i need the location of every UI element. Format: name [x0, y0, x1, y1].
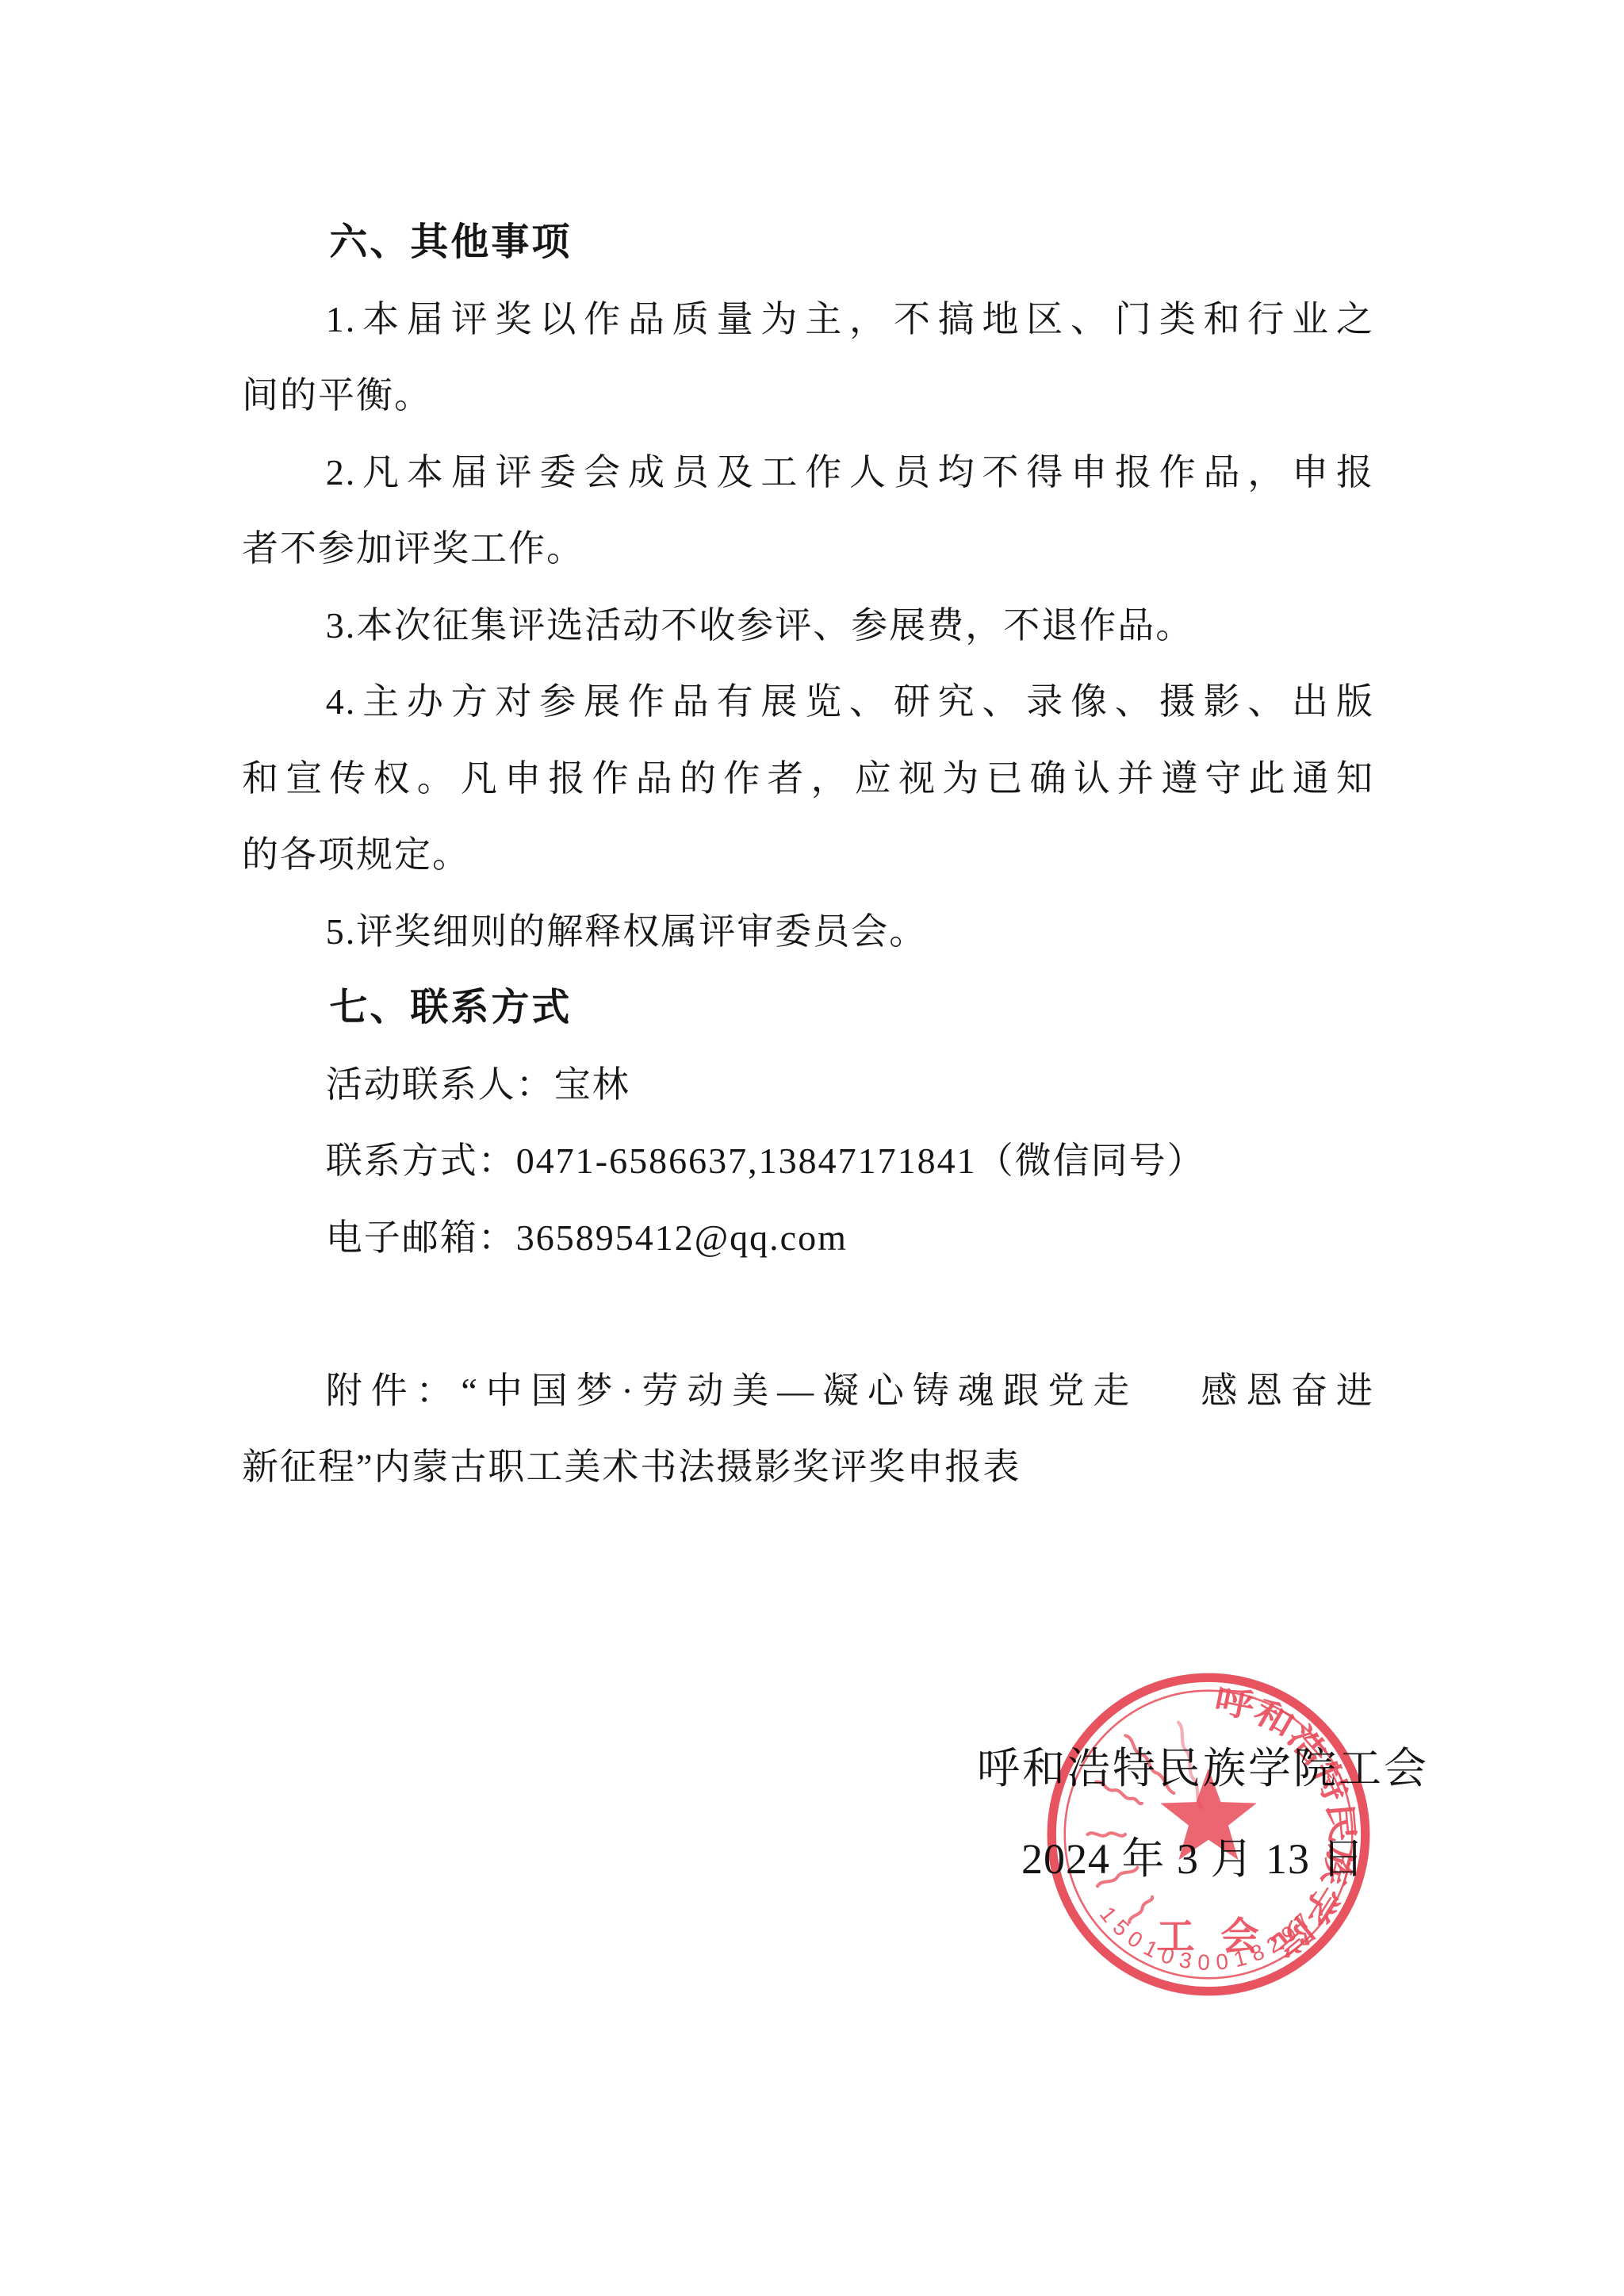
document-line: 新征程”内蒙古职工美术书法摄影奖评奖申报表	[242, 1429, 1374, 1506]
document-line: 附件：“中国梦·劳动美—凝心铸魂跟党走 感恩奋进	[242, 1353, 1374, 1430]
document-line	[242, 1276, 1374, 1353]
document-line: 电子邮箱：365895412@qq.com	[242, 1200, 1374, 1277]
document-line: 3.本次征集评选活动不收参评、参展费，不退作品。	[242, 588, 1374, 665]
document-line: 联系方式：0471-6586637,13847171841（微信同号）	[242, 1123, 1374, 1200]
document-line: 间的平衡。	[242, 358, 1374, 435]
section-heading: 六、其他事项	[242, 205, 1374, 282]
document-line: 活动联系人：宝林	[242, 1047, 1374, 1124]
document-line: 5.评奖细则的解释权属评审委员会。	[242, 894, 1374, 971]
document-page: 六、其他事项1.本届评奖以作品质量为主，不搞地区、门类和行业之间的平衡。2.凡本…	[0, 0, 1624, 2296]
seal-center-text: 工 会	[1156, 1915, 1267, 1958]
document-line: 的各项规定。	[242, 817, 1374, 894]
document-line: 4.主办方对参展作品有展览、研究、录像、摄影、出版	[242, 664, 1374, 741]
document-line: 和宣传权。凡申报作品的作者，应视为已确认并遵守此通知	[242, 741, 1374, 818]
document-line: 者不参加评奖工作。	[242, 511, 1374, 588]
signature-date: 2024 年 3 月 13 日	[1021, 1834, 1365, 1884]
document-line: 2.凡本届评委会成员及工作人员均不得申报作品，申报	[242, 435, 1374, 512]
seal-arc-text: 呼和浩特民族学院	[1212, 1681, 1361, 1964]
seal-serial-number: 1501030018297	[1095, 1902, 1316, 1975]
document-line: 1.本届评奖以作品质量为主，不搞地区、门类和行业之	[242, 282, 1374, 358]
document-body: 六、其他事项1.本届评奖以作品质量为主，不搞地区、门类和行业之间的平衡。2.凡本…	[242, 205, 1374, 1506]
signature-org: 呼和浩特民族学院工会	[977, 1743, 1429, 1794]
section-heading: 七、联系方式	[242, 970, 1374, 1047]
